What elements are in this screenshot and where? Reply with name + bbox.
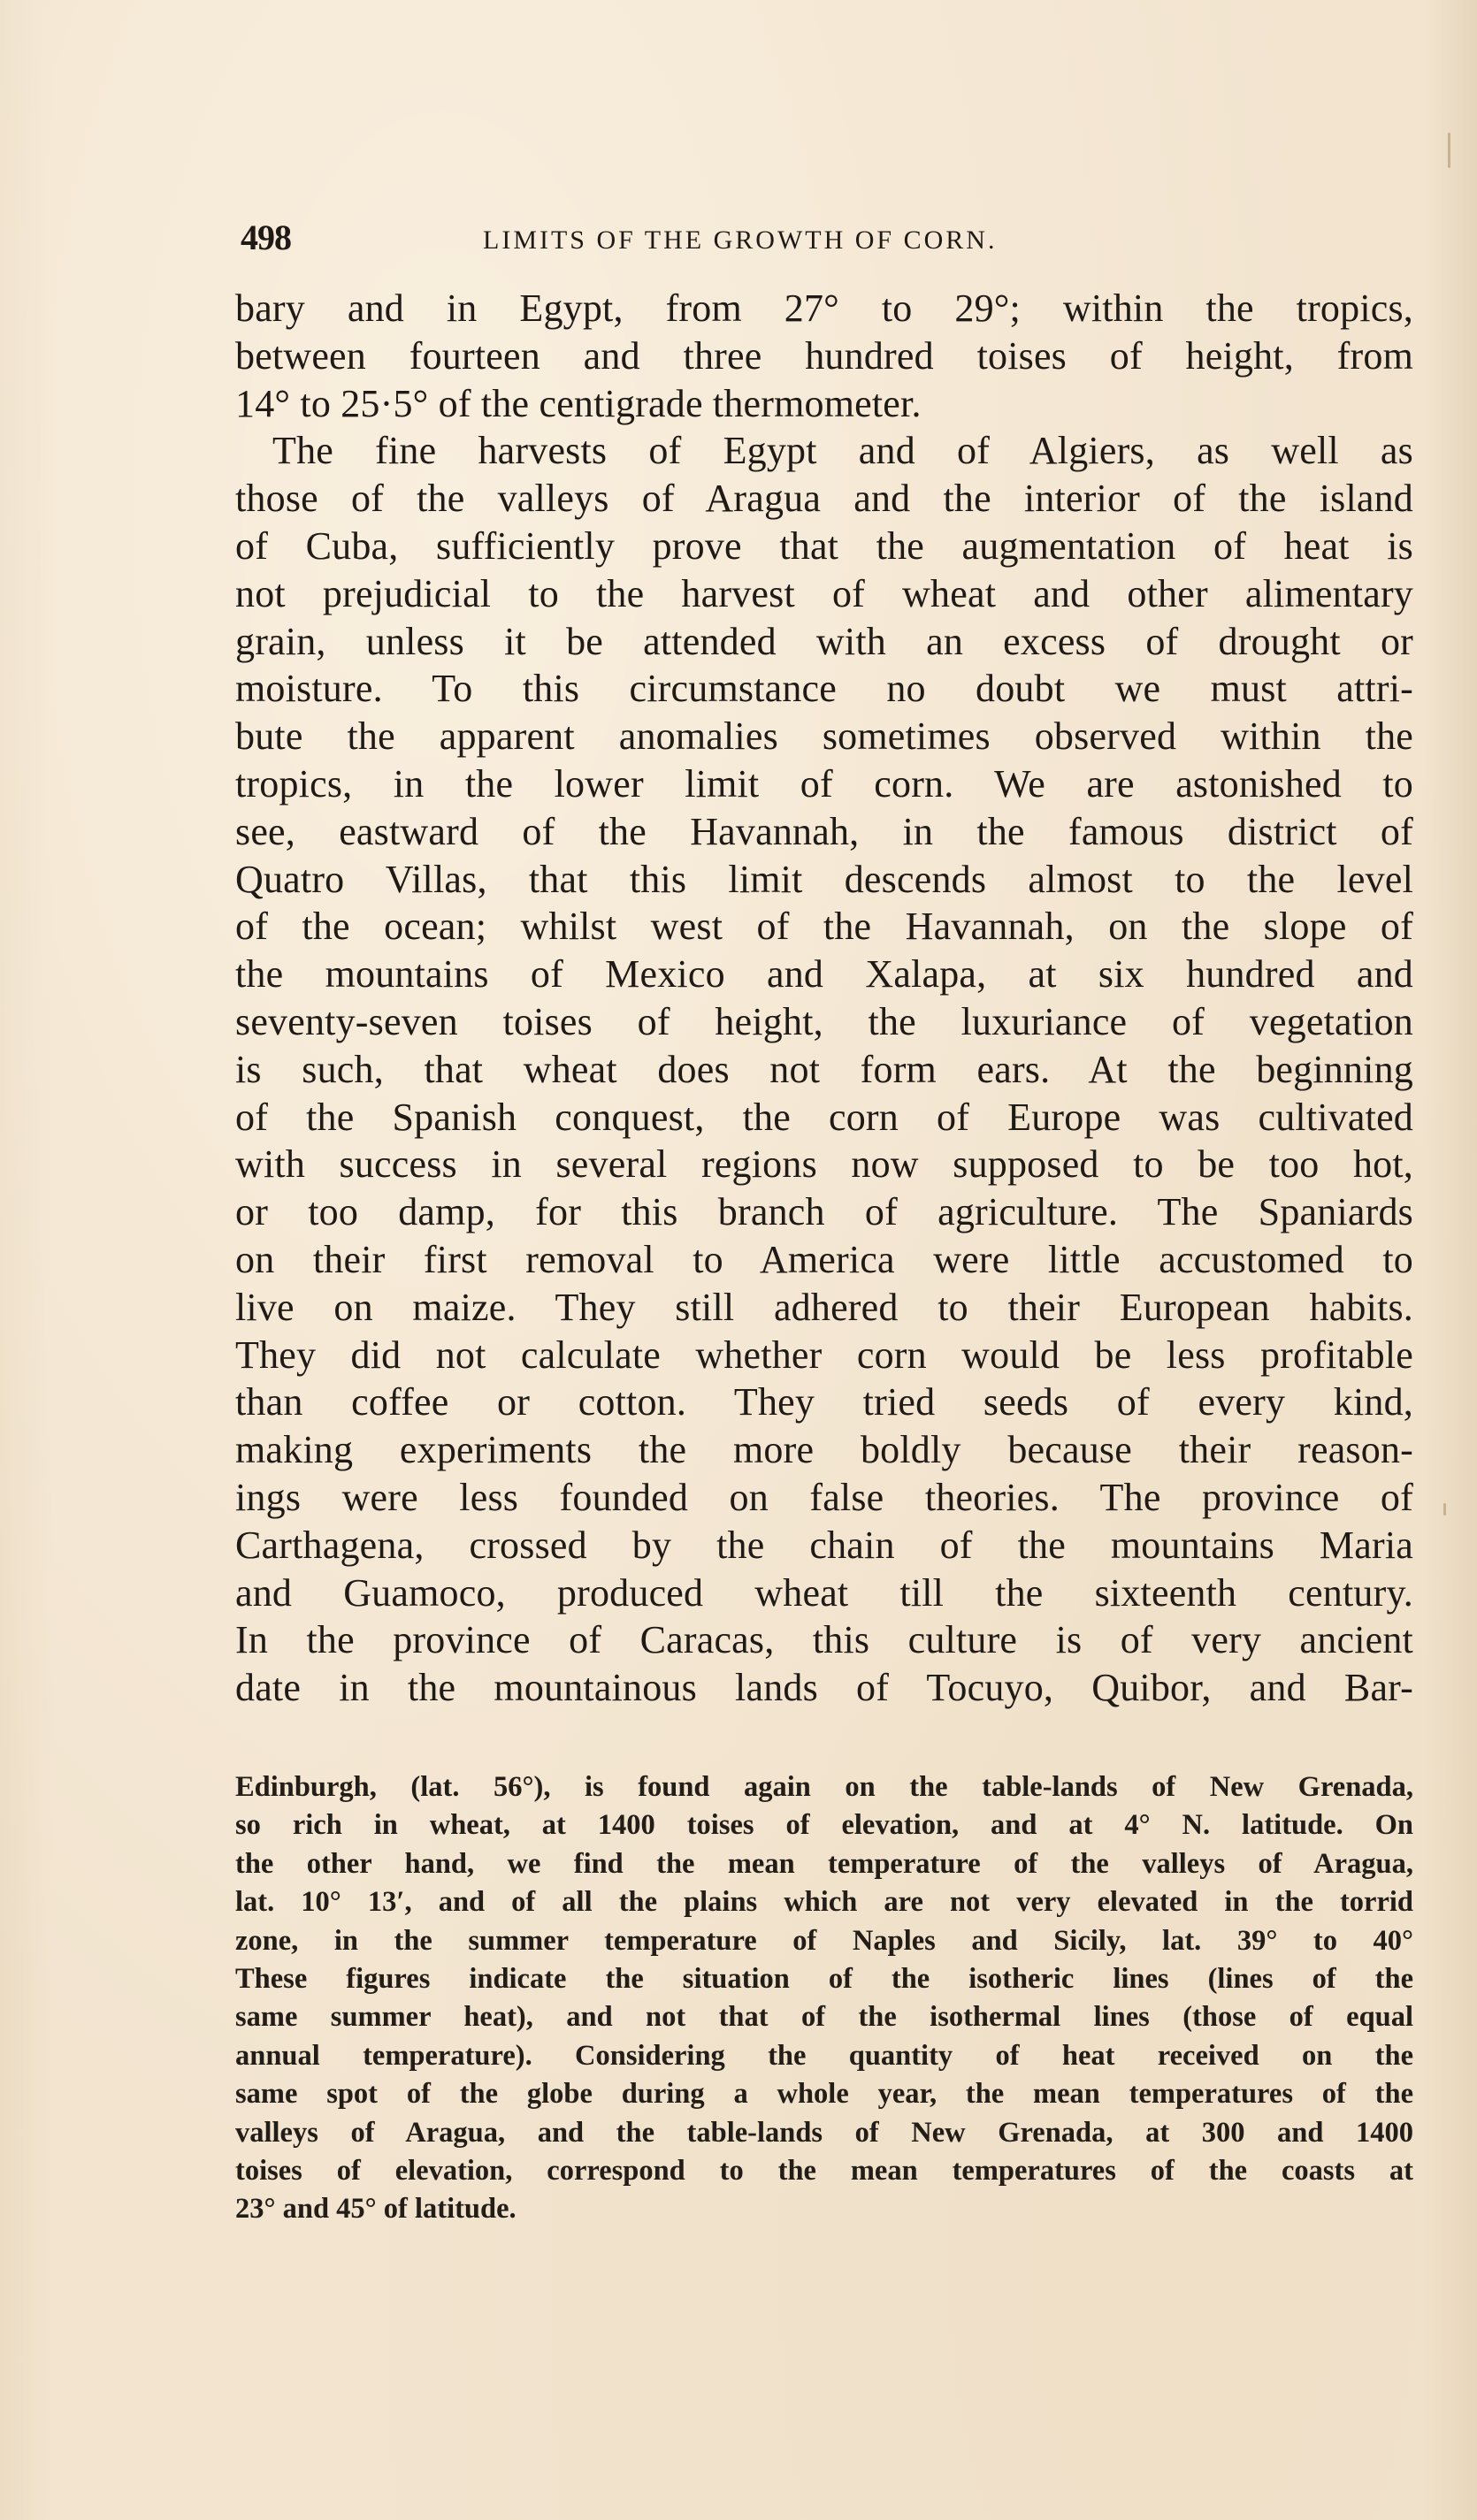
- body-line: date in the mountainous lands of Tocuyo,…: [235, 1664, 1413, 1712]
- paragraph-start: The fine harvests of Egypt and of Algier…: [235, 427, 1413, 475]
- body-line: bary and in Egypt, from 27° to 29°; with…: [235, 285, 1413, 332]
- body-line: see, eastward of the Havannah, in the fa…: [235, 808, 1413, 856]
- body-line: bute the apparent anomalies sometimes ob…: [235, 713, 1413, 760]
- body-line: 14° to 25·5° of the centigrade thermomet…: [235, 380, 1413, 428]
- paper-blemish: [1448, 133, 1450, 168]
- body-line: making experiments the more boldly becau…: [235, 1426, 1413, 1474]
- footnote-line: same summer heat), and not that of the i…: [235, 1998, 1413, 2036]
- body-line: of the ocean; whilst west of the Havanna…: [235, 903, 1413, 951]
- body-line: or too damp, for this branch of agricult…: [235, 1188, 1413, 1236]
- body-line: They did not calculate whether corn woul…: [235, 1332, 1413, 1379]
- footnote-line: These figures indicate the situation of …: [235, 1960, 1413, 1998]
- page-number: 498: [241, 216, 291, 260]
- body-line: and Guamoco, produced wheat till the six…: [235, 1569, 1413, 1617]
- body-line: of the Spanish conquest, the corn of Eur…: [235, 1094, 1413, 1142]
- body-line: Quatro Villas, that this limit descends …: [235, 856, 1413, 904]
- body-line: live on maize. They still adhered to the…: [235, 1284, 1413, 1332]
- body-line: grain, unless it be attended with an exc…: [235, 618, 1413, 666]
- body-line: tropics, in the lower limit of corn. We …: [235, 760, 1413, 808]
- footnote-line: so rich in wheat, at 1400 toises of elev…: [235, 1806, 1413, 1844]
- body-text: bary and in Egypt, from 27° to 29°; with…: [235, 285, 1413, 1712]
- running-title: LIMITS OF THE GROWTH OF CORN.: [483, 218, 997, 263]
- body-line: the mountains of Mexico and Xalapa, at s…: [235, 951, 1413, 998]
- body-line: between fourteen and three hundred toise…: [235, 332, 1413, 380]
- body-line: not prejudicial to the harvest of wheat …: [235, 570, 1413, 618]
- footnote-line: the other hand, we find the mean tempera…: [235, 1845, 1413, 1883]
- footnote-line: Edinburgh, (lat. 56°), is found again on…: [235, 1768, 1413, 1806]
- paper-blemish: [1443, 1503, 1446, 1516]
- book-page: 498 LIMITS OF THE GROWTH OF CORN. bary a…: [0, 0, 1477, 2520]
- body-line: Carthagena, crossed by the chain of the …: [235, 1522, 1413, 1569]
- body-line: ings were less founded on false theories…: [235, 1474, 1413, 1522]
- running-head: 498 LIMITS OF THE GROWTH OF CORN.: [241, 216, 1417, 260]
- footnote-line: same spot of the globe during a whole ye…: [235, 2075, 1413, 2113]
- footnote-line: lat. 10° 13′, and of all the plains whic…: [235, 1883, 1413, 1921]
- body-line: moisture. To this circumstance no doubt …: [235, 665, 1413, 713]
- body-line: on their first removal to America were l…: [235, 1236, 1413, 1284]
- footnote-line: valleys of Aragua, and the table-lands o…: [235, 2114, 1413, 2152]
- footnote-line: annual temperature). Considering the qua…: [235, 2037, 1413, 2075]
- footnote-line: 23° and 45° of latitude.: [235, 2190, 1413, 2228]
- footnote-line: toises of elevation, correspond to the m…: [235, 2152, 1413, 2190]
- body-line: is such, that wheat does not form ears. …: [235, 1046, 1413, 1094]
- body-line: of Cuba, sufficiently prove that the aug…: [235, 523, 1413, 570]
- body-line: with success in several regions now supp…: [235, 1141, 1413, 1188]
- body-line: In the province of Caracas, this culture…: [235, 1616, 1413, 1664]
- footnote: Edinburgh, (lat. 56°), is found again on…: [235, 1768, 1413, 2229]
- footnote-line: zone, in the summer temperature of Naple…: [235, 1922, 1413, 1960]
- body-line: than coffee or cotton. They tried seeds …: [235, 1378, 1413, 1426]
- body-line: those of the valleys of Aragua and the i…: [235, 475, 1413, 523]
- body-line: seventy-seven toises of height, the luxu…: [235, 998, 1413, 1046]
